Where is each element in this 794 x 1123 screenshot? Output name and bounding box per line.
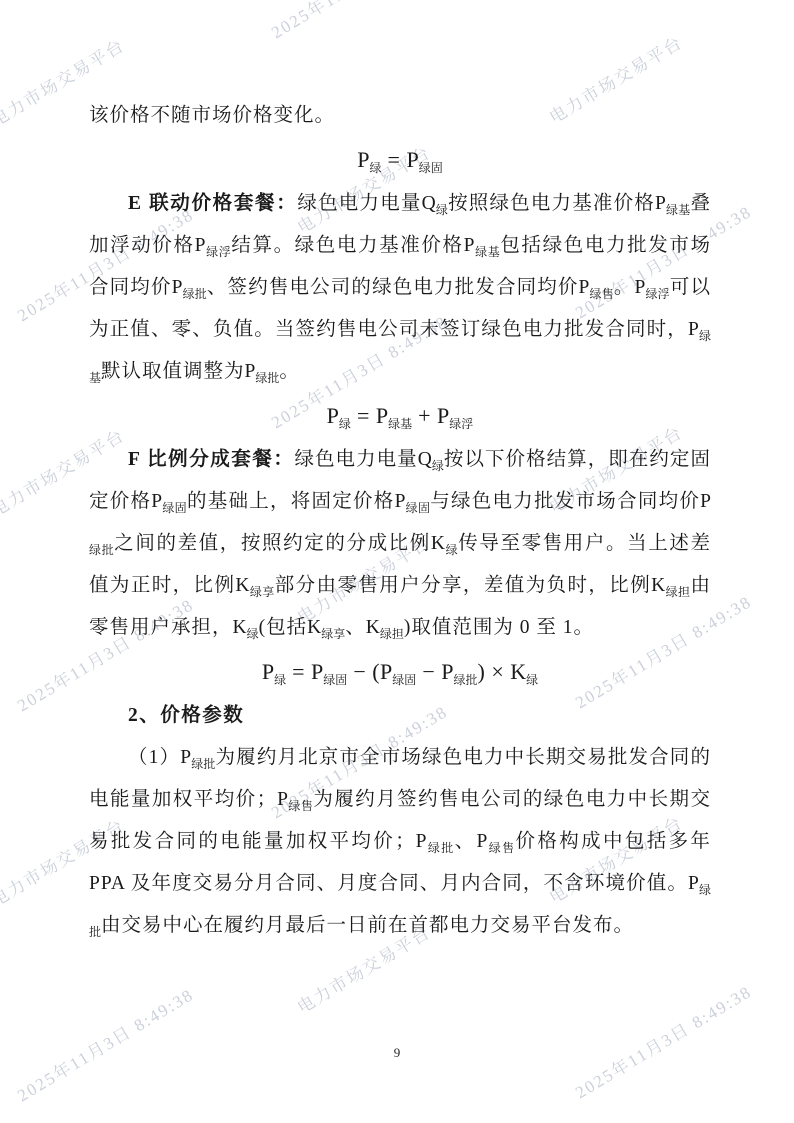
variable-with-subscript: P绿批 <box>245 361 280 382</box>
variable-with-subscript: P绿浮 <box>635 277 670 298</box>
variable-with-subscript: K绿担 <box>651 575 690 596</box>
variable-with-subscript: Q绿 <box>422 193 448 214</box>
variable-with-subscript: P绿售 <box>579 277 614 298</box>
page-number: 9 <box>394 1045 401 1060</box>
variable-with-subscript: P绿 <box>327 403 351 428</box>
watermark-text: 2025年11月3日 8:49:38 <box>12 981 198 1107</box>
paragraph: 该价格不随市场价格变化。 <box>89 95 711 137</box>
variable-with-subscript: P绿固 <box>380 659 416 684</box>
variable-with-subscript: P绿固 <box>395 491 431 512</box>
variable-with-subscript: P绿浮 <box>195 235 232 256</box>
variable-with-subscript: P绿批 <box>416 831 455 852</box>
variable-with-subscript: P绿浮 <box>437 403 473 428</box>
watermark-text: 2025年11月3日 8:49:38 <box>266 0 452 43</box>
page-footer: 9 <box>0 1045 794 1061</box>
variable-with-subscript: P绿 <box>262 659 286 684</box>
section-heading: 2、价格参数 <box>89 695 711 737</box>
variable-with-subscript: P绿批 <box>89 873 711 936</box>
variable-with-subscript: P绿批 <box>180 747 215 768</box>
bold-run: E 联动价格套餐： <box>128 193 297 214</box>
variable-with-subscript: P绿售 <box>477 831 516 852</box>
formula: P绿 = P绿基 + P绿浮 <box>89 393 711 439</box>
variable-with-subscript: P绿售 <box>277 789 313 810</box>
document-page: 电力市场交易平台2025年11月3日 8:49:38电力市场交易平台2025年1… <box>0 0 794 1123</box>
variable-with-subscript: P绿固 <box>406 147 442 172</box>
variable-with-subscript: Q绿 <box>418 449 444 470</box>
variable-with-subscript: K绿享 <box>235 575 274 596</box>
formula: P绿 = P绿固 <box>89 137 711 183</box>
variable-with-subscript: K绿担 <box>366 617 404 638</box>
variable-with-subscript: K绿享 <box>307 617 345 638</box>
document-body: 该价格不随市场价格变化。P绿 = P绿固E 联动价格套餐：绿色电力电量Q绿按照绿… <box>89 95 711 947</box>
variable-with-subscript: P绿基 <box>376 403 412 428</box>
paragraph: （1）P绿批为履约月北京市全市场绿色电力中长期交易批发合同的电能量加权平均价；P… <box>89 737 711 947</box>
paragraph: E 联动价格套餐：绿色电力电量Q绿按照绿色电力基准价格P绿基叠加浮动价格P绿浮结… <box>89 183 711 393</box>
variable-with-subscript: P绿基 <box>464 235 501 256</box>
watermark-text: 2025年11月3日 8:49:38 <box>570 978 756 1104</box>
variable-with-subscript: P绿 <box>357 147 381 172</box>
variable-with-subscript: P绿固 <box>311 659 347 684</box>
variable-with-subscript: P绿基 <box>89 319 711 382</box>
paragraph: F 比例分成套餐：绿色电力电量Q绿按以下价格结算，即在约定固定价格P绿固的基础上… <box>89 439 711 649</box>
variable-with-subscript: K绿 <box>431 533 458 554</box>
variable-with-subscript: K绿 <box>233 617 259 638</box>
variable-with-subscript: P绿批 <box>172 277 207 298</box>
variable-with-subscript: K绿 <box>510 659 538 684</box>
bold-run: F 比例分成套餐： <box>128 449 294 470</box>
bold-run: 2、价格参数 <box>128 705 244 726</box>
variable-with-subscript: P绿批 <box>441 659 477 684</box>
formula: P绿 = P绿固 − (P绿固 − P绿批) × K绿 <box>89 649 711 695</box>
variable-with-subscript: P绿基 <box>655 193 690 214</box>
variable-with-subscript: P绿固 <box>151 491 187 512</box>
